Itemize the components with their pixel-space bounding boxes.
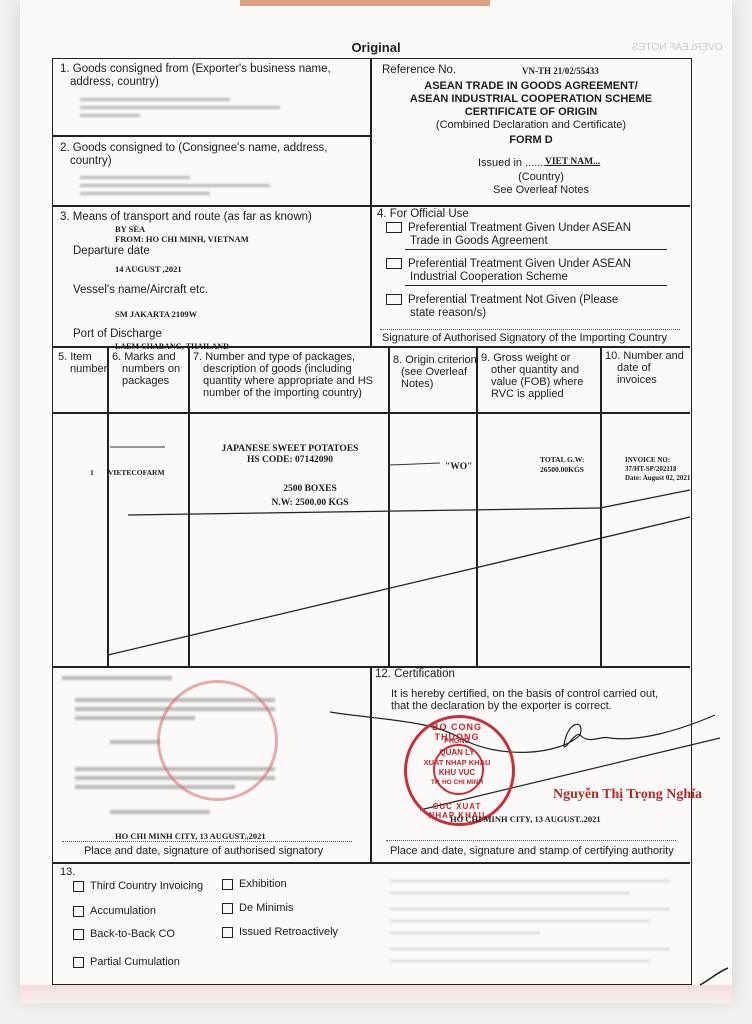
box13-label: 13. (60, 866, 75, 879)
option-third-country-invoicing[interactable]: Third Country Invoicing (73, 880, 203, 893)
box11-footer: Place and date, signature of authorised … (84, 845, 323, 858)
box12-footer: Place and date, signature and stamp of c… (390, 845, 674, 858)
checkbox[interactable] (73, 881, 84, 892)
certification-text-line2: that the declaration by the exporter is … (391, 700, 612, 713)
checkbox[interactable] (222, 903, 233, 914)
checkbox[interactable] (73, 957, 84, 968)
box12-label: 12. Certification (375, 668, 455, 681)
corner-tick-mark (700, 968, 728, 985)
option-back-to-back-co[interactable]: Back-to-Back CO (73, 928, 175, 941)
signatory-name: Nguyễn Thị Trọng Nghĩa (553, 787, 702, 803)
option-de-minimis[interactable]: De Minimis (222, 902, 293, 915)
checkbox[interactable] (73, 906, 84, 917)
cancellation-lines (0, 0, 752, 1024)
option-partial-cumulation[interactable]: Partial Cumulation (73, 956, 180, 969)
box11-place-date: HO CHI MINH CITY, 13 AUGUST.,2021 (115, 831, 266, 841)
checkbox[interactable] (222, 879, 233, 890)
box11-dotted-line (62, 841, 352, 842)
option-accumulation[interactable]: Accumulation (73, 905, 156, 918)
checkbox[interactable] (73, 929, 84, 940)
checkbox[interactable] (222, 927, 233, 938)
option-issued-retroactively[interactable]: Issued Retroactively (222, 926, 338, 939)
box12-place-date: HO CHI MINH CITY, 13 AUGUST.,2021 (450, 814, 601, 824)
exporter-stamp-blurred (157, 680, 278, 801)
box12-dotted-line (386, 840, 676, 841)
option-exhibition[interactable]: Exhibition (222, 878, 287, 891)
